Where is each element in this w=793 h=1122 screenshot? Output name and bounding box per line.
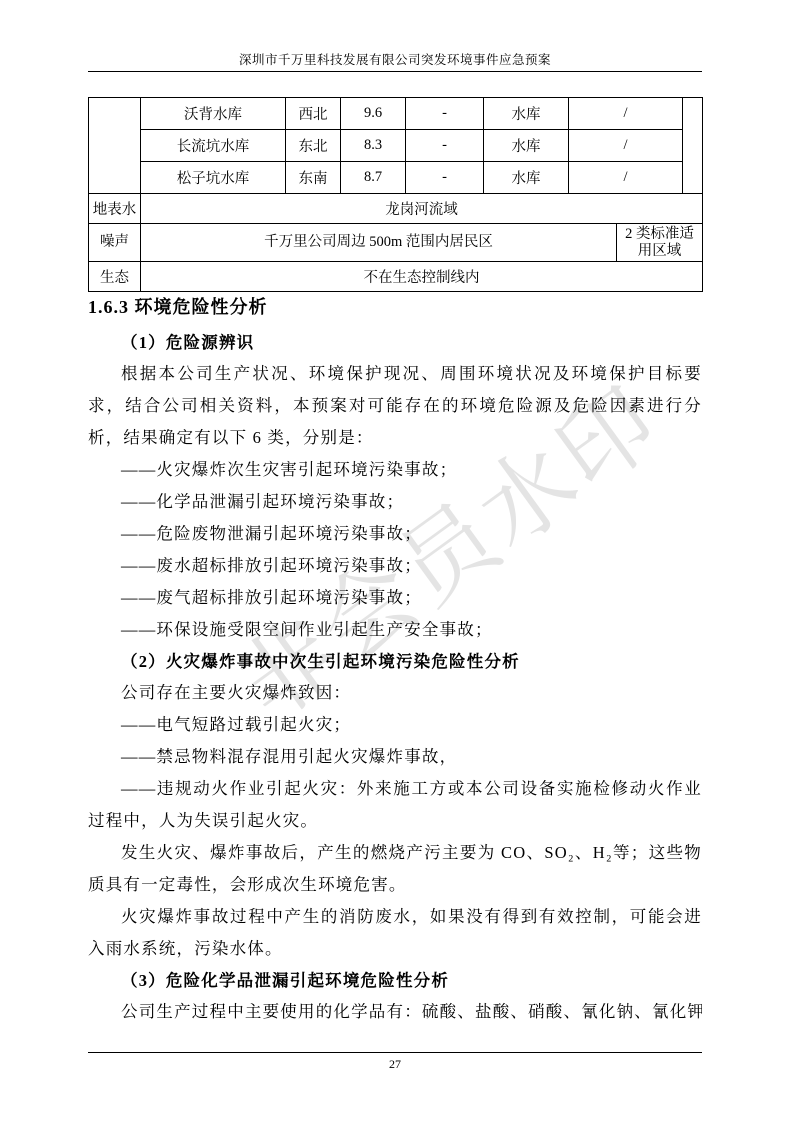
cell-type: 水库 [484, 162, 569, 194]
footer-rule [88, 1052, 702, 1053]
cell-distance: 8.3 [341, 130, 406, 162]
page-number: 27 [88, 1057, 702, 1072]
table-row-noise: 噪声 千万里公司周边 500m 范围内居民区 2 类标准适用区域 [89, 224, 703, 262]
list-item-hazwaste-leak: ——危险废物泄漏引起环境污染事故； [88, 518, 702, 550]
body-text: 1.6.3 环境危险性分析 （1）危险源辨识 根据本公司生产状况、环境保护现况、… [88, 293, 702, 1028]
cell-remark: / [569, 130, 683, 162]
subheading-1: （1）危险源辨识 [88, 327, 702, 358]
cell-direction: 东南 [286, 162, 341, 194]
paragraph-combustion: 发生火灾、爆炸事故后，产生的燃烧产污主要为 CO、SO₂、H₂等；这些物质具有一… [88, 837, 702, 901]
cell-row-value: 不在生态控制线内 [141, 262, 703, 292]
cell-reservoir-name: 沃背水库 [141, 98, 286, 130]
content-layer: 深圳市千万里科技发展有限公司突发环境事件应急预案 沃背水库 西北 9.6 - 水… [0, 0, 793, 1122]
list-item-fire: ——火灾爆炸次生灾害引起环境污染事故； [88, 454, 702, 486]
cell-reservoir-name: 长流坑水库 [141, 130, 286, 162]
subheading-2: （2）火灾爆炸事故中次生引起环境污染危险性分析 [88, 646, 702, 677]
paragraph-fire-causes: 公司存在主要火灾爆炸致因： [88, 677, 702, 709]
cell-remark: / [569, 162, 683, 194]
list-item-incompatible: ——禁忌物料混存混用引起火灾爆炸事故， [88, 741, 702, 773]
cell-row-label: 地表水 [89, 194, 141, 224]
cell-empty-right [683, 98, 703, 194]
document-page: 非会员水印 深圳市千万里科技发展有限公司突发环境事件应急预案 沃背水库 西北 9… [0, 0, 793, 1122]
list-item-wastewater: ——废水超标排放引起环境污染事故； [88, 550, 702, 582]
cell-noise-standard: 2 类标准适用区域 [617, 224, 703, 262]
cell-row-label: 生态 [89, 262, 141, 292]
table-row-ecology: 生态 不在生态控制线内 [89, 262, 703, 292]
table-row-reservoir-3: 松子坑水库 东南 8.7 - 水库 / [89, 162, 703, 194]
cell-type: 水库 [484, 130, 569, 162]
paragraph-chemicals: 公司生产过程中主要使用的化学品有：硫酸、盐酸、硝酸、氰化钠、氰化钾、氰化 [88, 996, 702, 1028]
cell-dash: - [406, 98, 484, 130]
environment-targets-table: 沃背水库 西北 9.6 - 水库 / 长流坑水库 东北 8.3 - 水库 / [88, 97, 703, 292]
section-heading-163: 1.6.3 环境危险性分析 [88, 293, 702, 321]
header-title: 深圳市千万里科技发展有限公司突发环境事件应急预案 [88, 50, 702, 68]
paragraph-hazard-intro: 根据本公司生产状况、环境保护现况、周围环境状况及环境保护目标要求，结合公司相关资… [88, 358, 702, 454]
cell-direction: 东北 [286, 130, 341, 162]
cell-distance: 9.6 [341, 98, 406, 130]
cell-row-label: 噪声 [89, 224, 141, 262]
table-row-surface-water: 地表水 龙岗河流域 [89, 194, 703, 224]
list-item-confined-space: ——环保设施受限空间作业引起生产安全事故； [88, 614, 702, 646]
list-item-short-circuit: ——电气短路过载引起火灾； [88, 709, 702, 741]
header-rule [88, 71, 702, 72]
cell-dash: - [406, 162, 484, 194]
subheading-3: （3）危险化学品泄漏引起环境危险性分析 [88, 965, 702, 996]
table-row-reservoir-1: 沃背水库 西北 9.6 - 水库 / [89, 98, 703, 130]
paragraph-firewater: 火灾爆炸事故过程中产生的消防废水，如果没有得到有效控制，可能会进入雨水系统，污染… [88, 901, 702, 965]
cell-distance: 8.7 [341, 162, 406, 194]
cell-row-value: 千万里公司周边 500m 范围内居民区 [141, 224, 617, 262]
cell-remark: / [569, 98, 683, 130]
table-row-reservoir-2: 长流坑水库 东北 8.3 - 水库 / [89, 130, 703, 162]
list-item-wastegas: ——废气超标排放引起环境污染事故； [88, 582, 702, 614]
cell-dash: - [406, 130, 484, 162]
cell-reservoir-name: 松子坑水库 [141, 162, 286, 194]
cell-type: 水库 [484, 98, 569, 130]
cell-direction: 西北 [286, 98, 341, 130]
cell-row-value: 龙岗河流域 [141, 194, 703, 224]
cell-empty-left [89, 98, 141, 194]
list-item-chemical-leak: ——化学品泄漏引起环境污染事故； [88, 486, 702, 518]
paragraph-hotwork: ——违规动火作业引起火灾：外来施工方或本公司设备实施检修动火作业过程中，人为失误… [88, 773, 702, 837]
